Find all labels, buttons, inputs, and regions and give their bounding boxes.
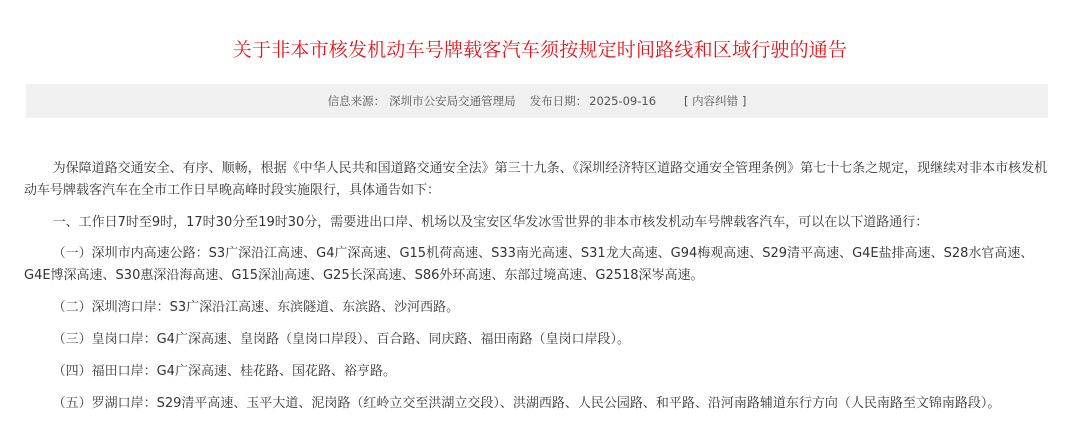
article-meta-bar: 信息来源： 深圳市公安局交通管理局 发布日期： 2025-09-16 [ 内容纠…: [26, 84, 1048, 118]
futian-port-paragraph: （四）福田口岸：G4广深高速、桂花路、国花路、裕亨路。: [24, 361, 1054, 383]
section-one-paragraph: 一、工作日7时至9时，17时30分至19时30分，需要进出口岸、机场以及宝安区华…: [24, 212, 1054, 234]
publish-date-value: 2025-09-16: [589, 94, 656, 108]
huanggang-port-paragraph: （三）皇岗口岸：G4广深高速、皇岗路（皇岗口岸段）、百合路、同庆路、福田南路（皇…: [24, 329, 1054, 351]
article-body: 为保障道路交通安全、有序、顺畅，根据《中华人民共和国道路交通安全法》第三十九条、…: [24, 158, 1054, 425]
article-title: 关于非本市核发机动车号牌载客汽车须按规定时间路线和区域行驶的通告: [0, 36, 1080, 64]
source-label: 信息来源：: [328, 93, 386, 109]
highways-paragraph: （一）深圳市内高速公路：S3广深沿江高速、G4广深高速、G15机荷高速、S33南…: [24, 243, 1054, 287]
publish-date-label: 发布日期：: [530, 93, 588, 109]
luohu-port-paragraph: （五）罗湖口岸：S29清平高速、玉平大道、泥岗路（红岭立交至洪湖立交段）、洪湖西…: [24, 393, 1054, 415]
shenzhen-bay-port-paragraph: （二）深圳湾口岸：S3广深沿江高速、东滨隧道、东滨路、沙河西路。: [24, 297, 1054, 319]
intro-paragraph: 为保障道路交通安全、有序、顺畅，根据《中华人民共和国道路交通安全法》第三十九条、…: [24, 158, 1054, 202]
content-correction-link[interactable]: [ 内容纠错 ]: [684, 93, 746, 109]
source-value: 深圳市公安局交通管理局: [389, 93, 516, 109]
